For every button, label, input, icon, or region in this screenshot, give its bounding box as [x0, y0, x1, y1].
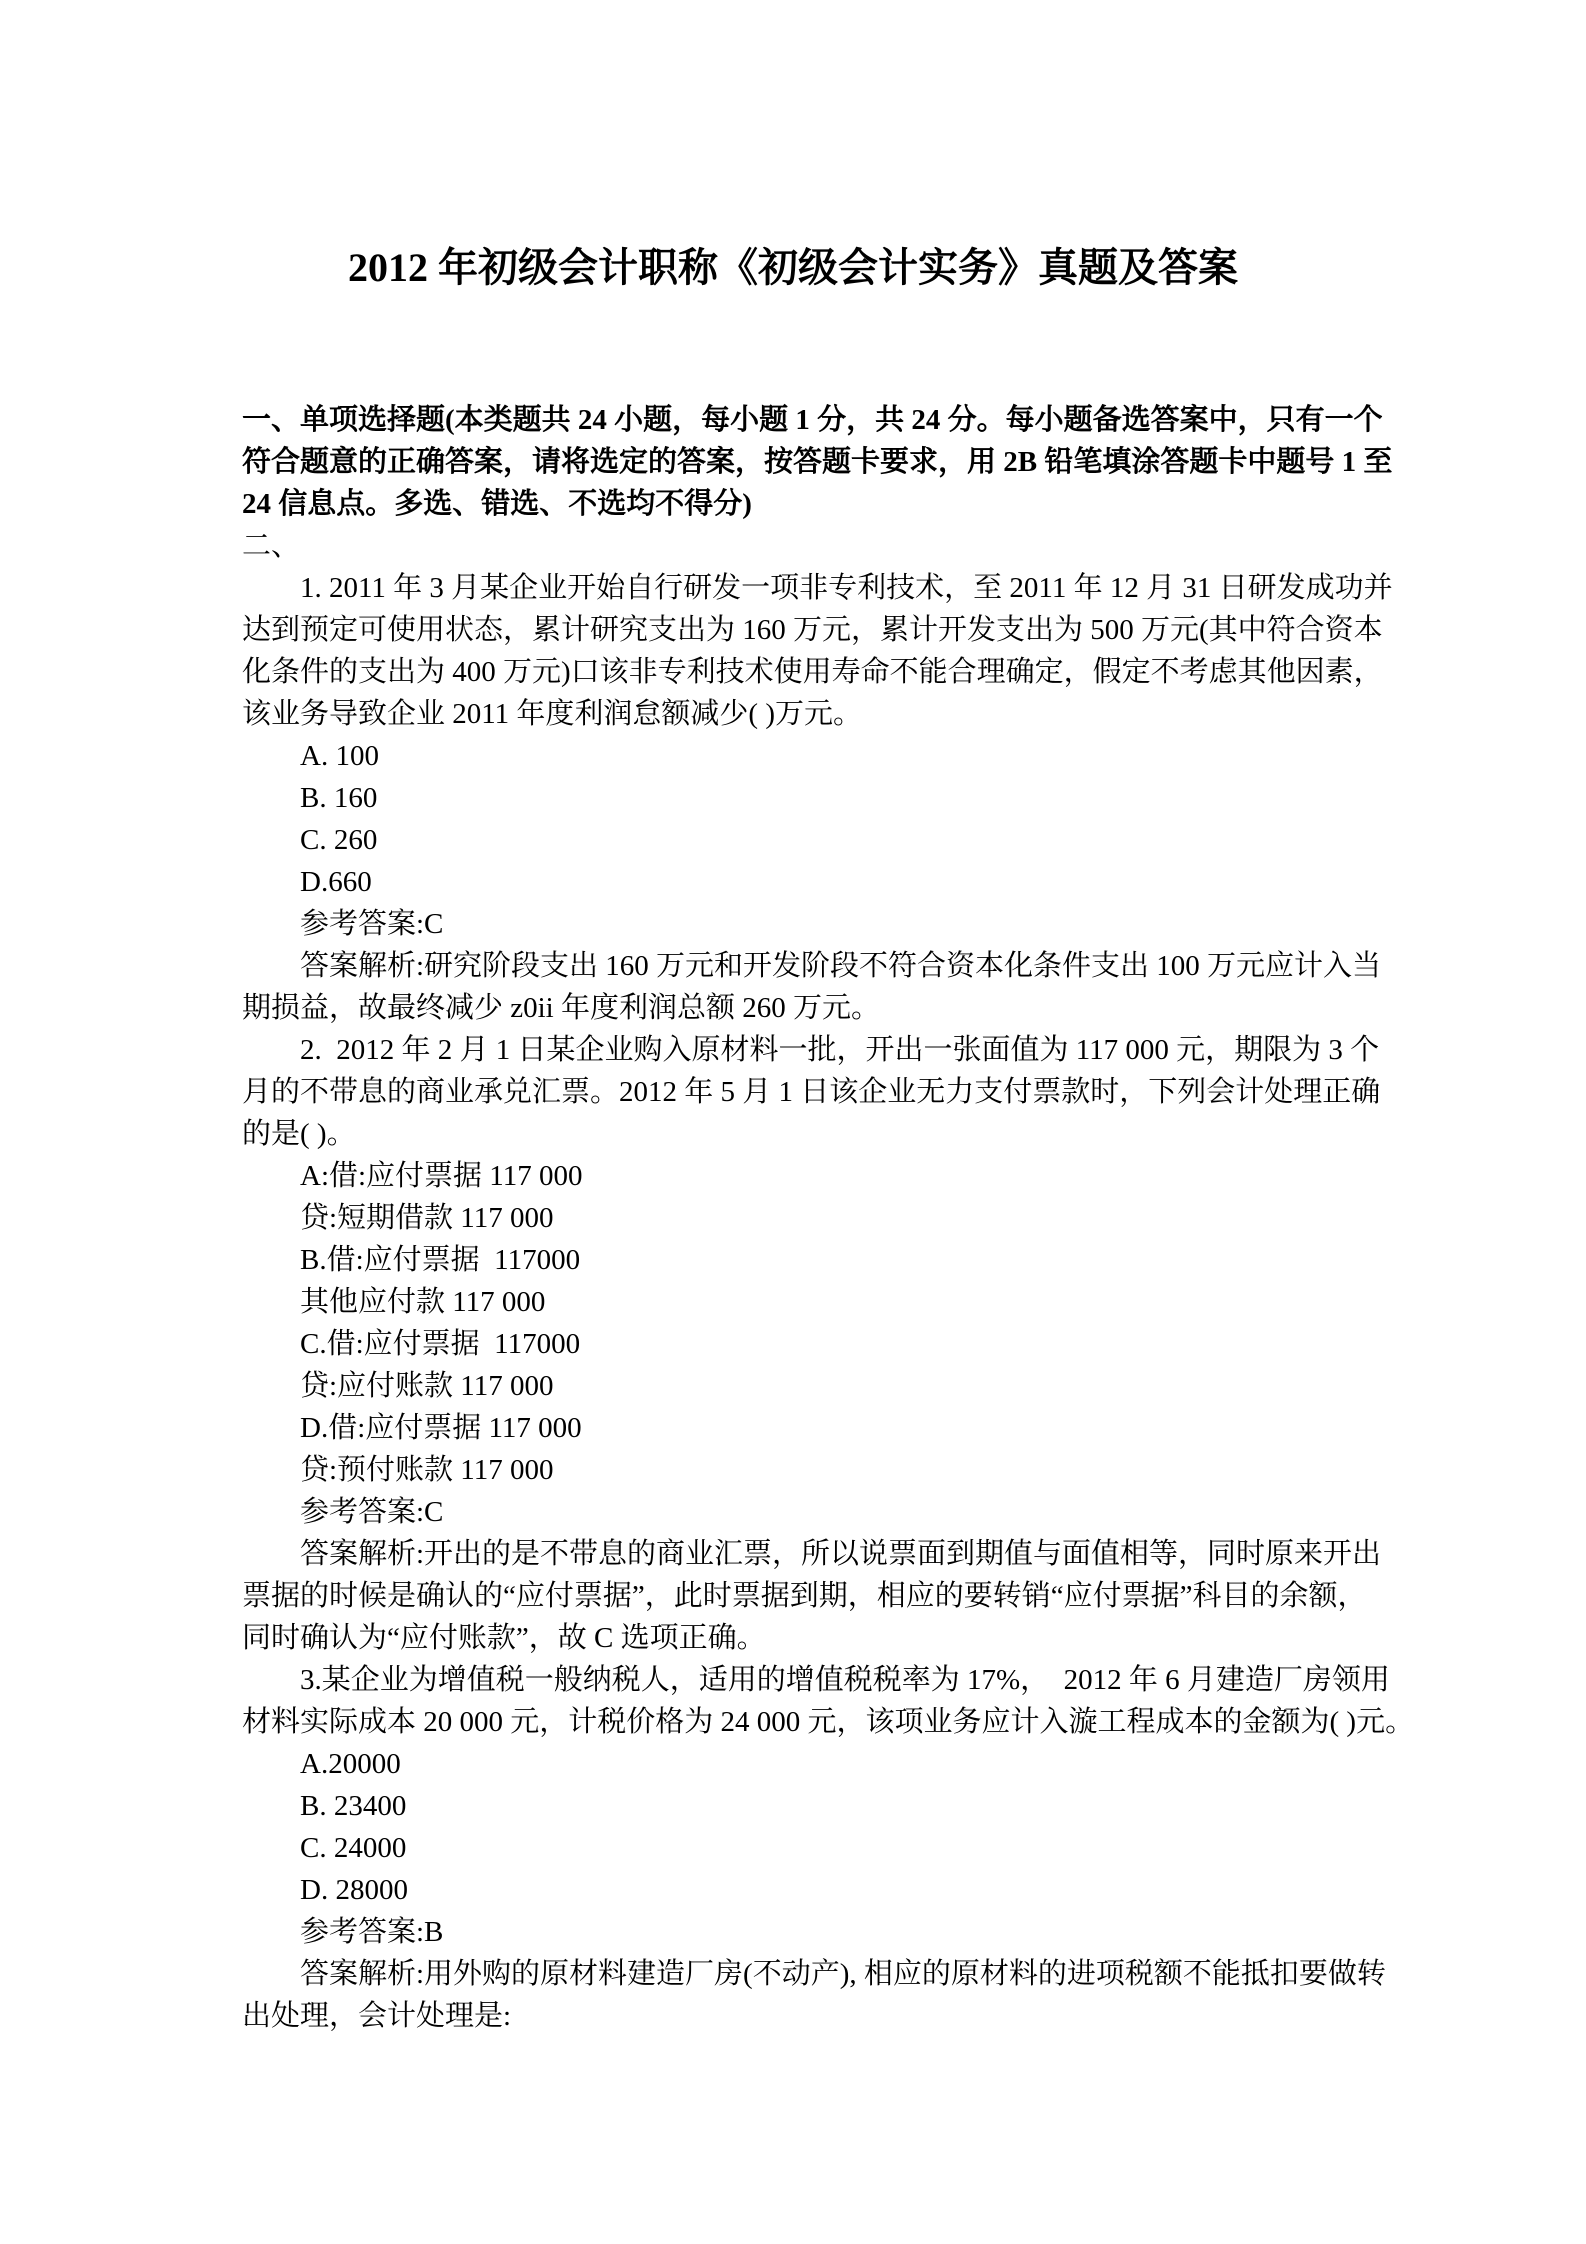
text-line: C. 260 — [242, 819, 1352, 861]
text-line: A. 100 — [242, 735, 1352, 777]
text-line: 2. 2012 年 2 月 1 日某企业购入原材料一批，开出一张面值为 117 … — [242, 1029, 1352, 1071]
text-line: 同时确认为“应付账款”，故 C 选项正确。 — [242, 1617, 1352, 1659]
text-line: 贷:预付账款 117 000 — [242, 1449, 1352, 1491]
text-line: 24 信息点。多选、错选、不选均不得分) — [242, 483, 1352, 525]
text-line: 符合题意的正确答案，请将选定的答案，按答题卡要求，用 2B 铅笔填涂答题卡中题号… — [242, 441, 1352, 483]
text-line: C.借:应付票据 117000 — [242, 1323, 1352, 1365]
text-line: 答案解析:研究阶段支出 160 万元和开发阶段不符合资本化条件支出 100 万元… — [242, 945, 1352, 987]
text-line: 3.某企业为增值税一般纳税人，适用的增值税税率为 17%， 2012 年 6 月… — [242, 1659, 1352, 1701]
text-line: 该业务导致企业 2011 年度利润怠额减少( )万元。 — [242, 693, 1352, 735]
text-line: 其他应付款 117 000 — [242, 1281, 1352, 1323]
text-line: C. 24000 — [242, 1827, 1352, 1869]
text-line: 二、 — [242, 525, 1352, 567]
text-line: 期损益，故最终减少 z0ii 年度利润总额 260 万元。 — [242, 987, 1352, 1029]
text-line: 参考答案:B — [242, 1911, 1352, 1953]
text-line: 答案解析:开出的是不带息的商业汇票，所以说票面到期值与面值相等，同时原来开出 — [242, 1533, 1352, 1575]
text-line: 票据的时候是确认的“应付票据”，此时票据到期，相应的要转销“应付票据”科目的余额… — [242, 1575, 1352, 1617]
text-line: A:借:应付票据 117 000 — [242, 1155, 1352, 1197]
text-line: 贷:应付账款 117 000 — [242, 1365, 1352, 1407]
text-line: 参考答案:C — [242, 903, 1352, 945]
text-line: 参考答案:C — [242, 1491, 1352, 1533]
text-line: D.借:应付票据 117 000 — [242, 1407, 1352, 1449]
text-line: B. 23400 — [242, 1785, 1352, 1827]
text-line: D.660 — [242, 861, 1352, 903]
document-body: 一、单项选择题(本类题共 24 小题，每小题 1 分，共 24 分。每小题备选答… — [242, 399, 1352, 2037]
text-line: 达到预定可使用状态，累计研究支出为 160 万元，累计开发支出为 500 万元(… — [242, 609, 1352, 651]
text-line: 的是( )。 — [242, 1113, 1352, 1155]
document-page: 2012 年初级会计职称《初级会计实务》真题及答案 一、单项选择题(本类题共 2… — [0, 0, 1586, 2244]
text-line: 一、单项选择题(本类题共 24 小题，每小题 1 分，共 24 分。每小题备选答… — [242, 399, 1352, 441]
text-line: 出处理，会计处理是: — [242, 1995, 1352, 2037]
text-line: 月的不带息的商业承兑汇票。2012 年 5 月 1 日该企业无力支付票款时，下列… — [242, 1071, 1352, 1113]
text-line: 1. 2011 年 3 月某企业开始自行研发一项非专利技术，至 2011 年 1… — [242, 567, 1352, 609]
text-line: D. 28000 — [242, 1869, 1352, 1911]
text-line: B.借:应付票据 117000 — [242, 1239, 1352, 1281]
text-line: B. 160 — [242, 777, 1352, 819]
text-line: 答案解析:用外购的原材料建造厂房(不动产), 相应的原材料的进项税额不能抵扣要做… — [242, 1953, 1352, 1995]
document-title: 2012 年初级会计职称《初级会计实务》真题及答案 — [0, 240, 1586, 296]
text-line: 材料实际成本 20 000 元，计税价格为 24 000 元，该项业务应计入漩工… — [242, 1701, 1352, 1743]
text-line: A.20000 — [242, 1743, 1352, 1785]
text-line: 贷:短期借款 117 000 — [242, 1197, 1352, 1239]
text-line: 化条件的支出为 400 万元)口该非专利技术使用寿命不能合理确定，假定不考虑其他… — [242, 651, 1352, 693]
